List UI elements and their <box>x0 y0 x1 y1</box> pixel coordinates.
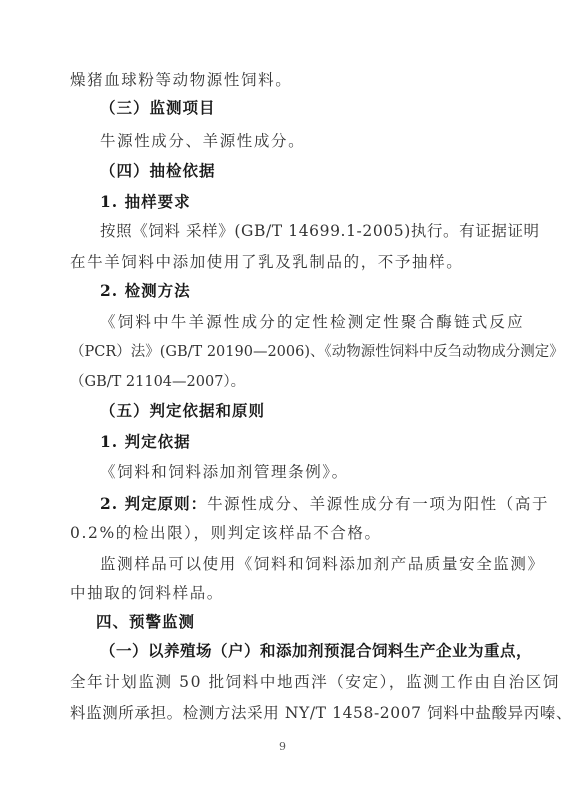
section-heading-judgment-basis: （五）判定依据和原则 <box>100 401 265 421</box>
body-text-line: 《饲料和饲料添加剂管理条例》。 <box>100 462 349 482</box>
body-text-line: （GB/T 21104—2007）。 <box>70 372 245 392</box>
body-text-line: （PCR）法》(GB/T 20190—2006)、《动物源性饲料中反刍动物成分测… <box>70 342 564 362</box>
body-text-line: 按照《饲料 采样》(GB/T 14699.1-2005)执行。有证据证明 <box>100 221 540 241</box>
body-text-line: 燥猪血球粉等动物源性饲料。 <box>70 70 292 90</box>
section-heading-early-warning: 四、预警监测 <box>96 612 195 632</box>
body-text-line: 监测样品可以使用《饲料和饲料添加剂产品质量安全监测》 <box>100 554 545 574</box>
body-text: 牛源性成分、羊源性成分有一项为阳性（高于 <box>207 495 549 513</box>
body-text-line: 中抽取的饲料样品。 <box>70 583 224 603</box>
body-text-line: 全年计划监测 50 批饲料中地西泮（安定），监测工作由自治区饲 <box>70 672 560 692</box>
section-heading-monitoring-items: （三）监测项目 <box>100 98 216 118</box>
judgment-principle-line: 2. 判定原则：牛源性成分、羊源性成分有一项为阳性（高于 <box>100 494 549 514</box>
subheading-judgment-principle: 2. 判定原则： <box>100 494 207 513</box>
subheading-sampling-requirements: 1. 抽样要求 <box>100 192 191 212</box>
body-text-line: 在牛羊饲料中添加使用了乳及乳制品的，不予抽样。 <box>70 252 463 272</box>
body-text-line: 《饲料中牛羊源性成分的定性检测定性聚合酶链式反应 <box>100 312 525 332</box>
body-text-line: 牛源性成分、羊源性成分。 <box>100 131 305 151</box>
body-text-line: 料监测所承担。检测方法采用 NY/T 1458-2007 饲料中盐酸异丙嗪、 <box>70 703 565 723</box>
subsection-heading-key-focus: （一）以养殖场（户）和添加剂预混合饲料生产企业为重点， <box>100 641 532 661</box>
body-text-line: 0.2%的检出限），则判定该样品不合格。 <box>70 523 382 543</box>
section-heading-inspection-basis: （四）抽检依据 <box>100 161 216 181</box>
page-number: 9 <box>0 740 565 753</box>
subheading-testing-method: 2. 检测方法 <box>100 281 191 301</box>
subheading-judgment-basis: 1. 判定依据 <box>100 432 191 452</box>
